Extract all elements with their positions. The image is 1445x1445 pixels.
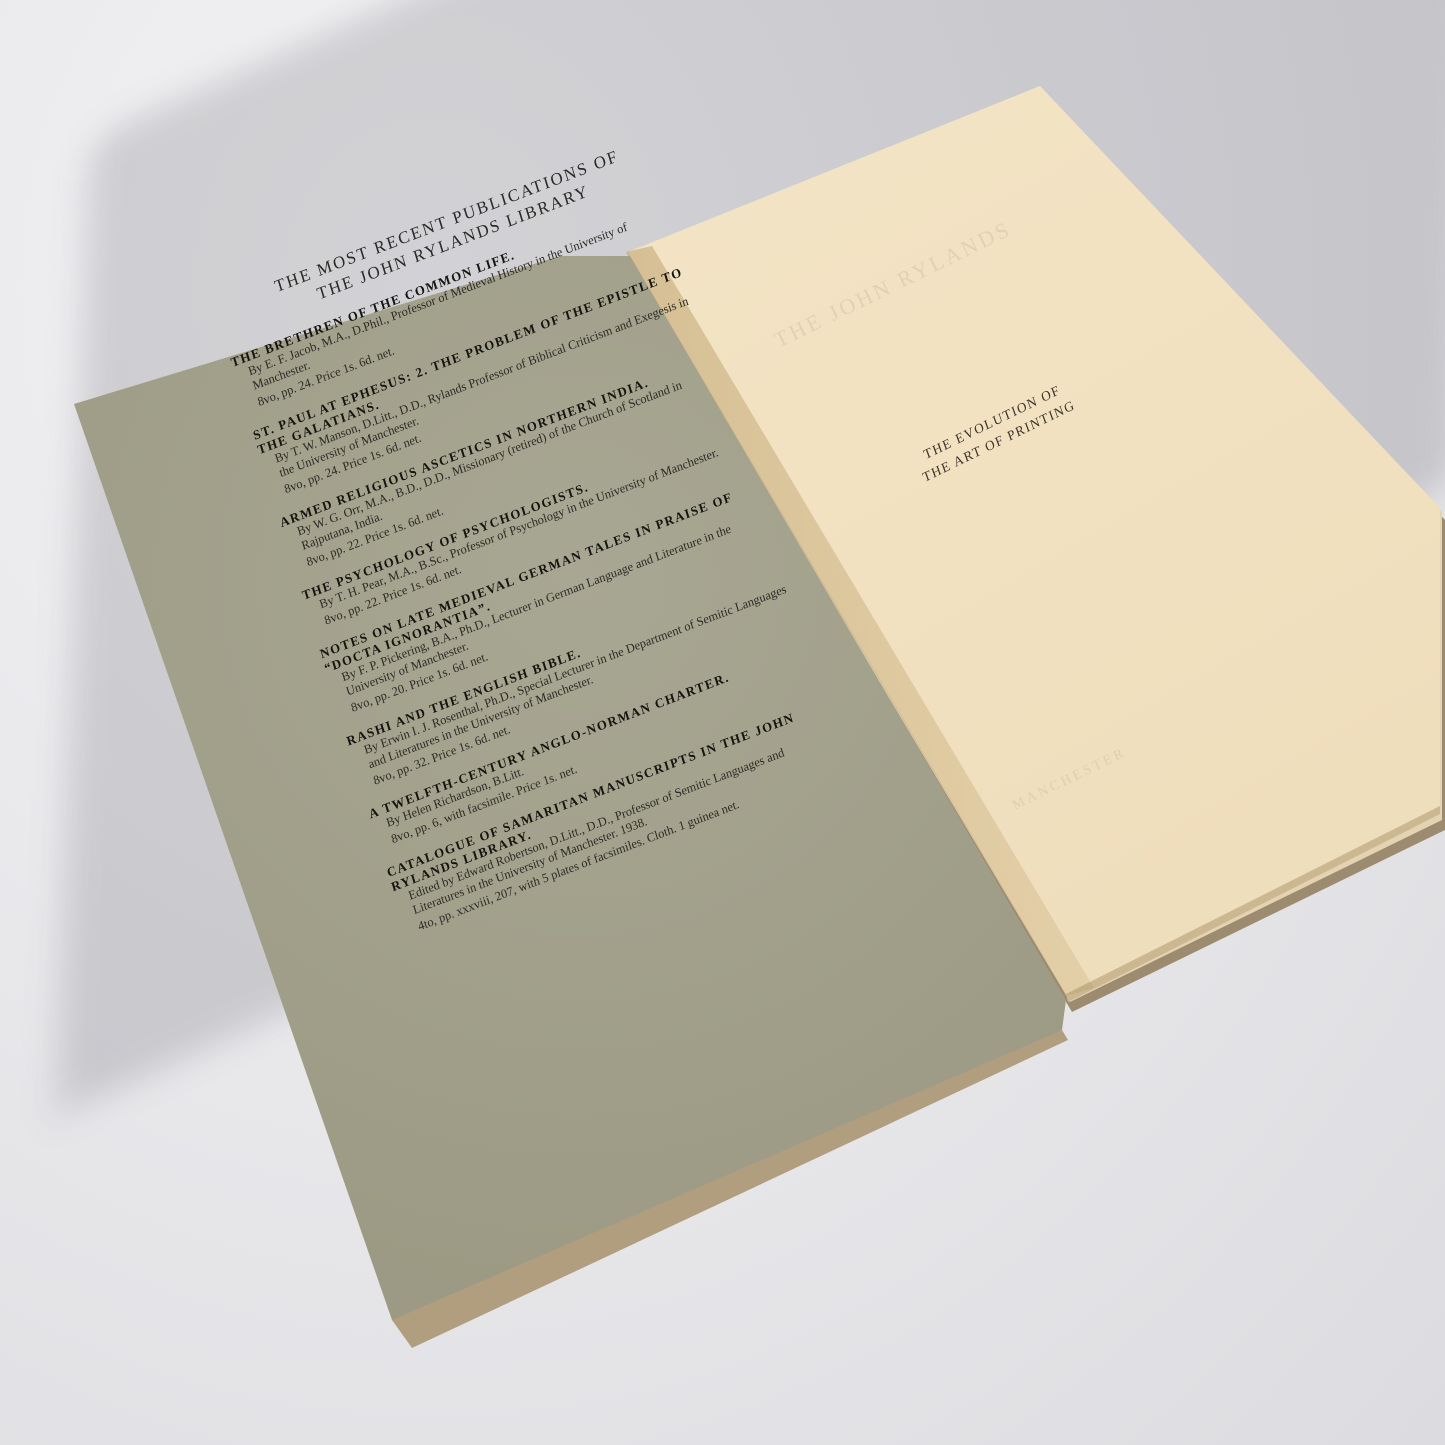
photo-scene: THE JOHN RYLANDS MANCHESTER THE MOST REC… (0, 0, 1445, 1445)
